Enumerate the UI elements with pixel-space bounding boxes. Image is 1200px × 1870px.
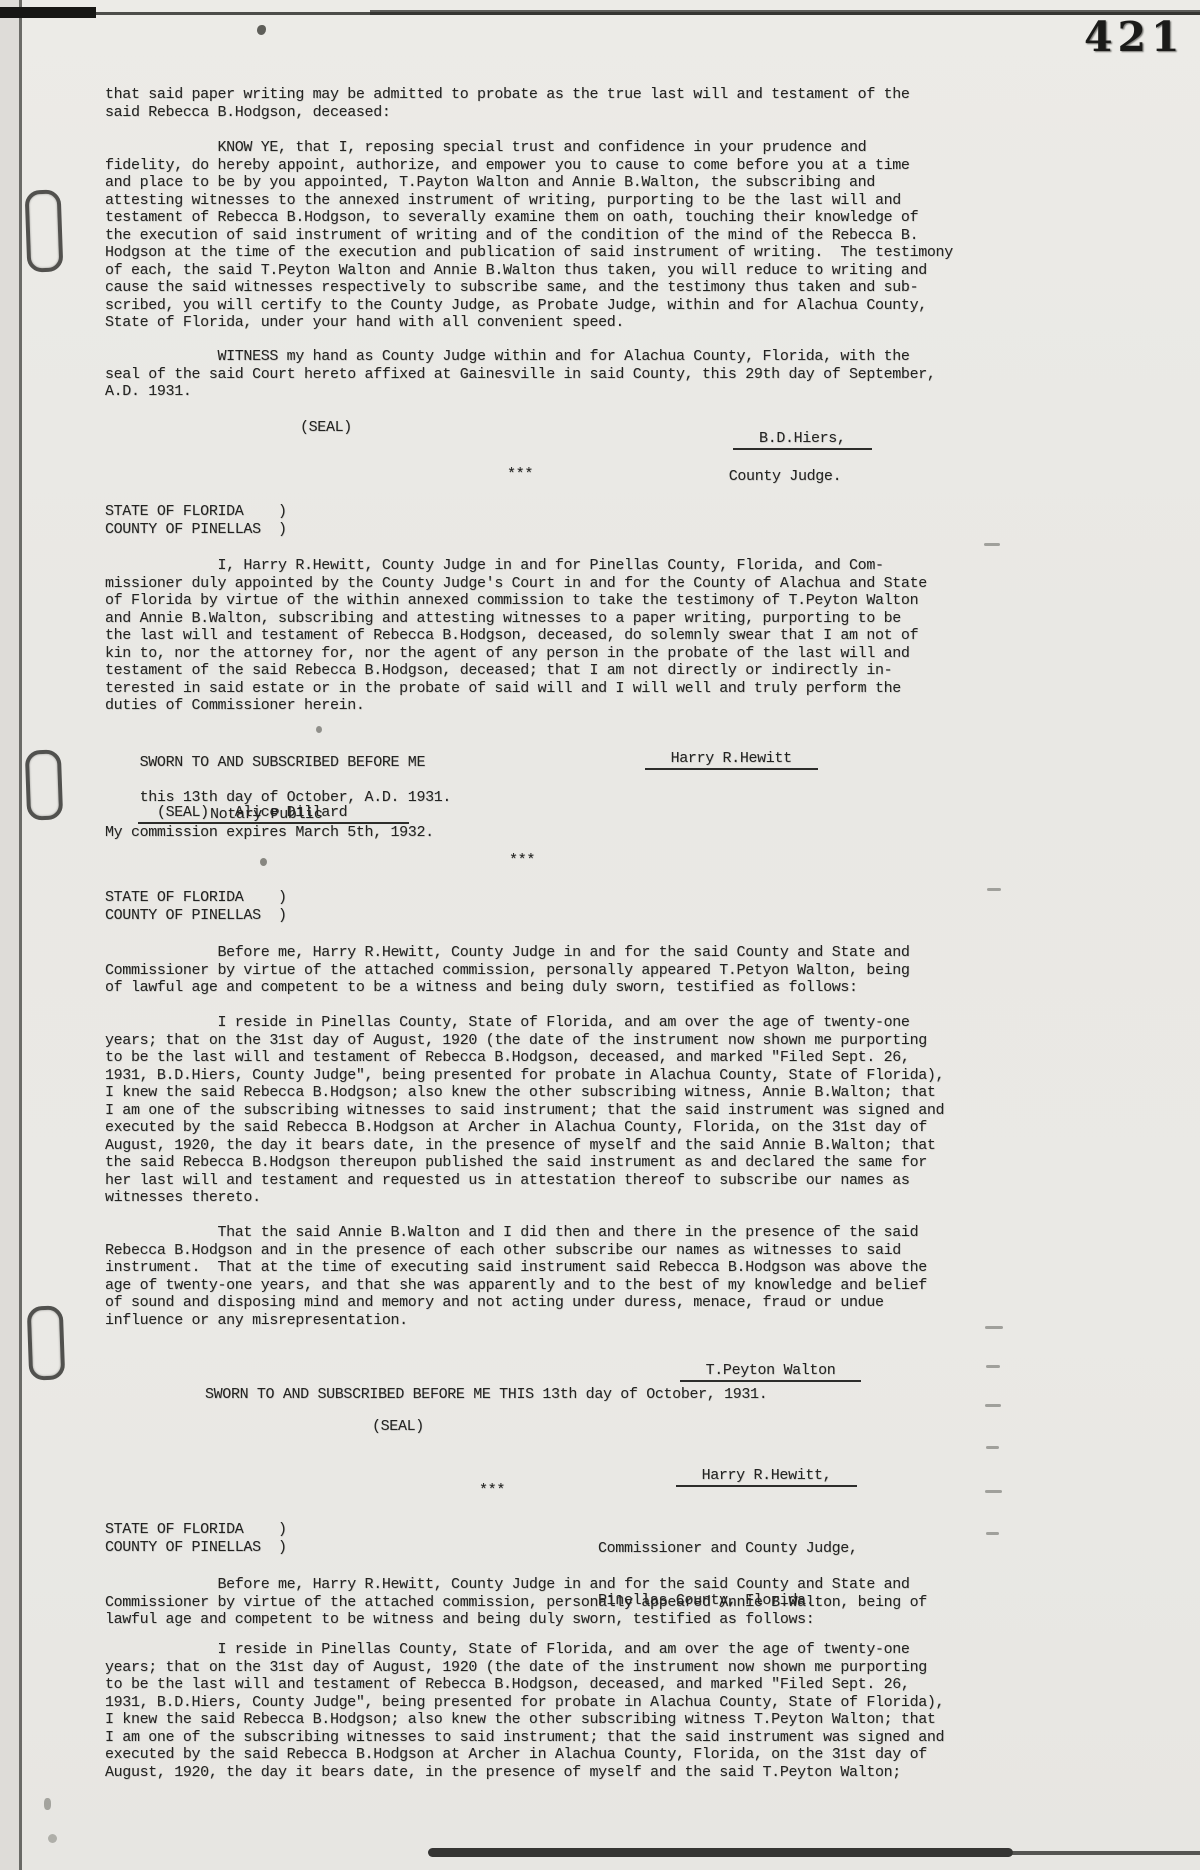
scan-edge-mark <box>987 888 1001 891</box>
signature-block-bd-hiers: B.D.Hiers, County Judge. <box>690 412 880 520</box>
ink-blot-icon <box>316 726 322 733</box>
venue-caption: STATE OF FLORIDA ) COUNTY OF PINELLAS ) <box>105 1521 287 1556</box>
paragraph-reside-annie: I reside in Pinellas County, State of Fl… <box>105 1641 944 1781</box>
section-separator: *** <box>482 852 562 870</box>
signature-name: Harry R.Hewitt <box>645 750 818 771</box>
ink-blot-icon <box>44 1798 51 1810</box>
left-edge-line <box>19 0 22 1870</box>
paragraph-reside-walton: I reside in Pinellas County, State of Fl… <box>105 1014 944 1207</box>
notary-commission: My commission expires March 5th, 1932. <box>105 824 434 842</box>
scan-edge-mark <box>985 1404 1001 1407</box>
bottom-smudge <box>428 1848 1013 1857</box>
paragraph-before-walton: Before me, Harry R.Hewitt, County Judge … <box>105 944 910 997</box>
scan-edge-mark <box>985 1326 1003 1329</box>
signature-title: County Judge. <box>690 468 880 486</box>
signature-title: Commissioner and County Judge, <box>598 1540 883 1558</box>
venue-caption: STATE OF FLORIDA ) COUNTY OF PINELLAS ) <box>105 889 287 924</box>
paragraph-before-annie: Before me, Harry R.Hewitt, County Judge … <box>105 1576 927 1629</box>
sworn-statement-2: SWORN TO AND SUBSCRIBED BEFORE ME THIS 1… <box>205 1386 767 1404</box>
ink-blot-icon <box>260 858 267 866</box>
scan-edge-mark <box>986 1365 1000 1368</box>
venue-caption: STATE OF FLORIDA ) COUNTY OF PINELLAS ) <box>105 503 287 538</box>
scan-edge-mark <box>986 1532 999 1535</box>
seal-label: (SEAL) <box>300 419 352 437</box>
left-margin-strip <box>0 0 19 1870</box>
bottom-smudge <box>1012 1851 1200 1855</box>
signature-name: B.D.Hiers, <box>733 430 872 451</box>
binder-clip <box>25 749 63 820</box>
ink-blot-icon <box>257 25 266 35</box>
sworn-line-1: SWORN TO AND SUBSCRIBED BEFORE ME <box>140 754 426 771</box>
scan-edge-mark <box>986 1446 999 1449</box>
binder-clip <box>25 189 64 272</box>
ink-blot-icon <box>48 1834 57 1843</box>
paragraph-know-ye: KNOW YE, that I, reposing special trust … <box>105 139 953 332</box>
scan-edge-mark <box>984 543 1000 546</box>
scan-edge-mark <box>985 1490 1002 1493</box>
scanned-probate-record-page: 421 that said paper writing may be admit… <box>0 0 1200 1870</box>
top-corner-block <box>0 7 96 18</box>
page-number: 421 <box>1084 13 1185 61</box>
paragraph-witness: WITNESS my hand as County Judge within a… <box>105 348 936 401</box>
notary-title: Notary Public <box>210 806 322 824</box>
signature-block-hewitt-1: Harry R.Hewitt <box>610 732 800 788</box>
signature-name: Harry R.Hewitt, <box>676 1467 858 1488</box>
paragraph-commissioner-oath: I, Harry R.Hewitt, County Judge in and f… <box>105 557 927 715</box>
signature-name: T.Peyton Walton <box>680 1362 862 1383</box>
seal-label: (SEAL) <box>372 1418 424 1436</box>
section-separator: *** <box>480 466 560 484</box>
binder-clip <box>27 1305 66 1380</box>
signature-name-row: Harry R.Hewitt, <box>598 1449 883 1505</box>
section-separator: *** <box>452 1482 532 1500</box>
top-rule-heavy <box>370 10 1200 15</box>
paragraph-intro: that said paper writing may be admitted … <box>105 86 910 121</box>
paragraph-attestation-walton: That the said Annie B.Walton and I did t… <box>105 1224 927 1329</box>
